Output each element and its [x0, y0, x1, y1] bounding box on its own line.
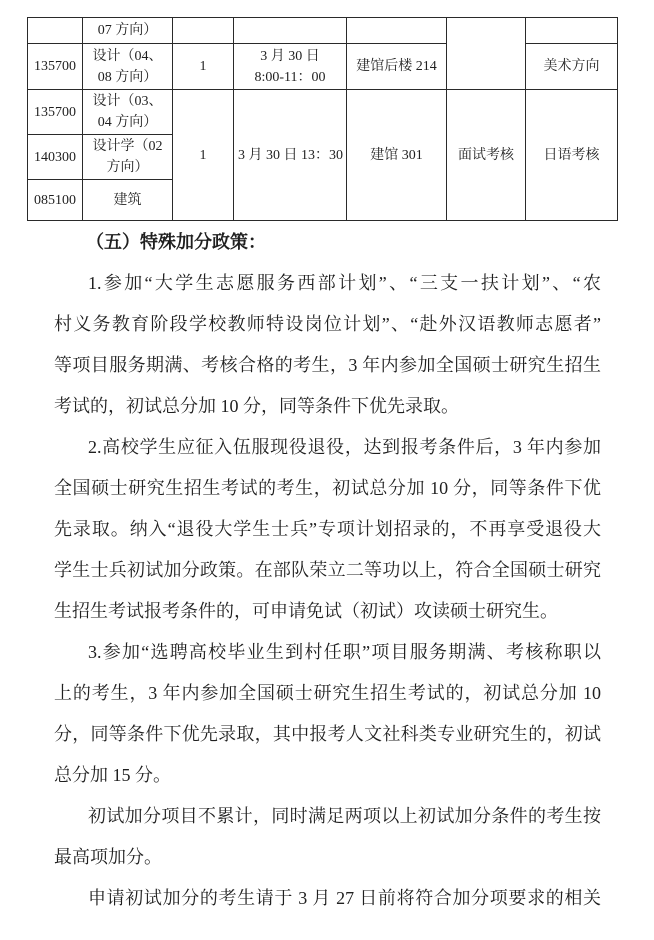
cell-code: 140300 [28, 135, 83, 180]
text-line: 2.高校学生应征入伍服现役退役，达到报考条件后，3 年内参加 [54, 427, 601, 468]
paragraphs: 1.参加“大学生志愿服务西部计划”、“三支一扶计划”、“农村义务教育阶段学校教师… [54, 263, 601, 919]
table-row: 07 方向） [28, 18, 618, 44]
text-line: 申请初试加分的考生请于 3 月 27 日前将符合加分项要求的相关 [54, 878, 601, 919]
cell-program: 设计（04、08 方向） [83, 44, 173, 90]
text-line: 村义务教育阶段学校教师特设岗位计划”、“赴外汉语教师志愿者” [54, 304, 601, 345]
cell-program: 设计（03、04 方向） [83, 90, 173, 135]
policy-section: （五）特殊加分政策： 1.参加“大学生志愿服务西部计划”、“三支一扶计划”、“农… [54, 222, 601, 919]
document-page: 07 方向） 135700 设计（04、08 方向） 1 3 月 30 日 8:… [0, 0, 654, 940]
text-line: 最高项加分。 [54, 837, 601, 878]
text-line: 全国硕士研究生招生考试的考生，初试总分加 10 分，同等条件下优 [54, 468, 601, 509]
cell-program-continued: 07 方向） [83, 18, 173, 44]
cell-code: 085100 [28, 180, 83, 221]
text-line: 初试加分项目不累计，同时满足两项以上初试加分条件的考生按 [54, 796, 601, 837]
cell-count: 1 [173, 90, 234, 221]
cell-location [347, 18, 447, 44]
text-line: 总分加 15 分。 [54, 755, 601, 796]
text-line: 上的考生，3 年内参加全国硕士研究生招生考试的，初试总分加 10 [54, 673, 601, 714]
section-heading: （五）特殊加分政策： [54, 222, 601, 263]
cell-datetime: 3 月 30 日 8:00-11：00 [234, 44, 347, 90]
cell-count [173, 18, 234, 44]
datetime-date: 3 月 30 日 [238, 46, 342, 67]
cell-code [28, 18, 83, 44]
text-line: 先录取。纳入“退役大学生士兵”专项计划招录的，不再享受退役大 [54, 509, 601, 550]
text-line: 3.参加“选聘高校毕业生到村任职”项目服务期满、考核称职以 [54, 632, 601, 673]
text-line: 1.参加“大学生志愿服务西部计划”、“三支一扶计划”、“农 [54, 263, 601, 304]
cell-program: 设计学（02 方向） [83, 135, 173, 180]
cell-direction: 美术方向 [526, 44, 618, 90]
cell-datetime: 3 月 30 日 13：30 [234, 90, 347, 221]
cell-code: 135700 [28, 44, 83, 90]
cell-direction: 日语考核 [526, 90, 618, 221]
cell-location: 建馆 301 [347, 90, 447, 221]
text-line: 等项目服务期满、考核合格的考生，3 年内参加全国硕士研究生招生 [54, 345, 601, 386]
cell-location: 建馆后楼 214 [347, 44, 447, 90]
text-line: 分，同等条件下优先录取，其中报考人文社科类专业研究生的，初试 [54, 714, 601, 755]
cell-datetime [234, 18, 347, 44]
table-row: 135700 设计（04、08 方向） 1 3 月 30 日 8:00-11：0… [28, 44, 618, 90]
cell-count: 1 [173, 44, 234, 90]
text-line: 考试的，初试总分加 10 分，同等条件下优先录取。 [54, 386, 601, 427]
cell-assessment-upper [447, 18, 526, 90]
cell-direction [526, 18, 618, 44]
cell-code: 135700 [28, 90, 83, 135]
text-line: 学生士兵初试加分政策。在部队荣立二等功以上，符合全国硕士研究 [54, 550, 601, 591]
text-line: 生招生考试报考条件的，可申请免试（初试）攻读硕士研究生。 [54, 591, 601, 632]
exam-schedule-table: 07 方向） 135700 设计（04、08 方向） 1 3 月 30 日 8:… [27, 17, 618, 221]
table-row: 135700 设计（03、04 方向） 1 3 月 30 日 13：30 建馆 … [28, 90, 618, 135]
cell-assessment: 面试考核 [447, 90, 526, 221]
cell-program: 建筑 [83, 180, 173, 221]
datetime-time: 8:00-11：00 [238, 67, 342, 88]
